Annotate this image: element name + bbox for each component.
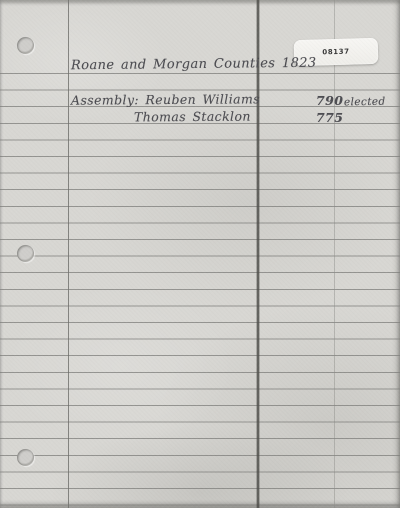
entry-1-votes: 790 [316,93,343,108]
entry-2-votes: 775 [316,110,343,125]
hole-punch-bottom [17,449,34,466]
entry-name: Reuben Williams [145,91,260,107]
entry-office: Assembly: [71,92,139,107]
entry-1-note: elected [344,96,386,109]
faint-column-line [334,0,335,508]
scanned-ledger-page: 08137 Roane and Morgan Counties 1823 Ass… [0,0,400,508]
entry-2-name: Thomas Stacklon [134,109,251,125]
page-heading: Roane and Morgan Counties 1823 [71,56,317,74]
center-crease-line [256,0,260,508]
margin-line [68,0,69,508]
archive-label-number: 08137 [322,48,350,57]
hole-punch-middle [17,245,34,262]
hole-punch-top [17,37,34,54]
entry-1-office-and-name: Assembly: Reuben Williams [71,91,260,107]
ruled-lines [0,73,400,507]
